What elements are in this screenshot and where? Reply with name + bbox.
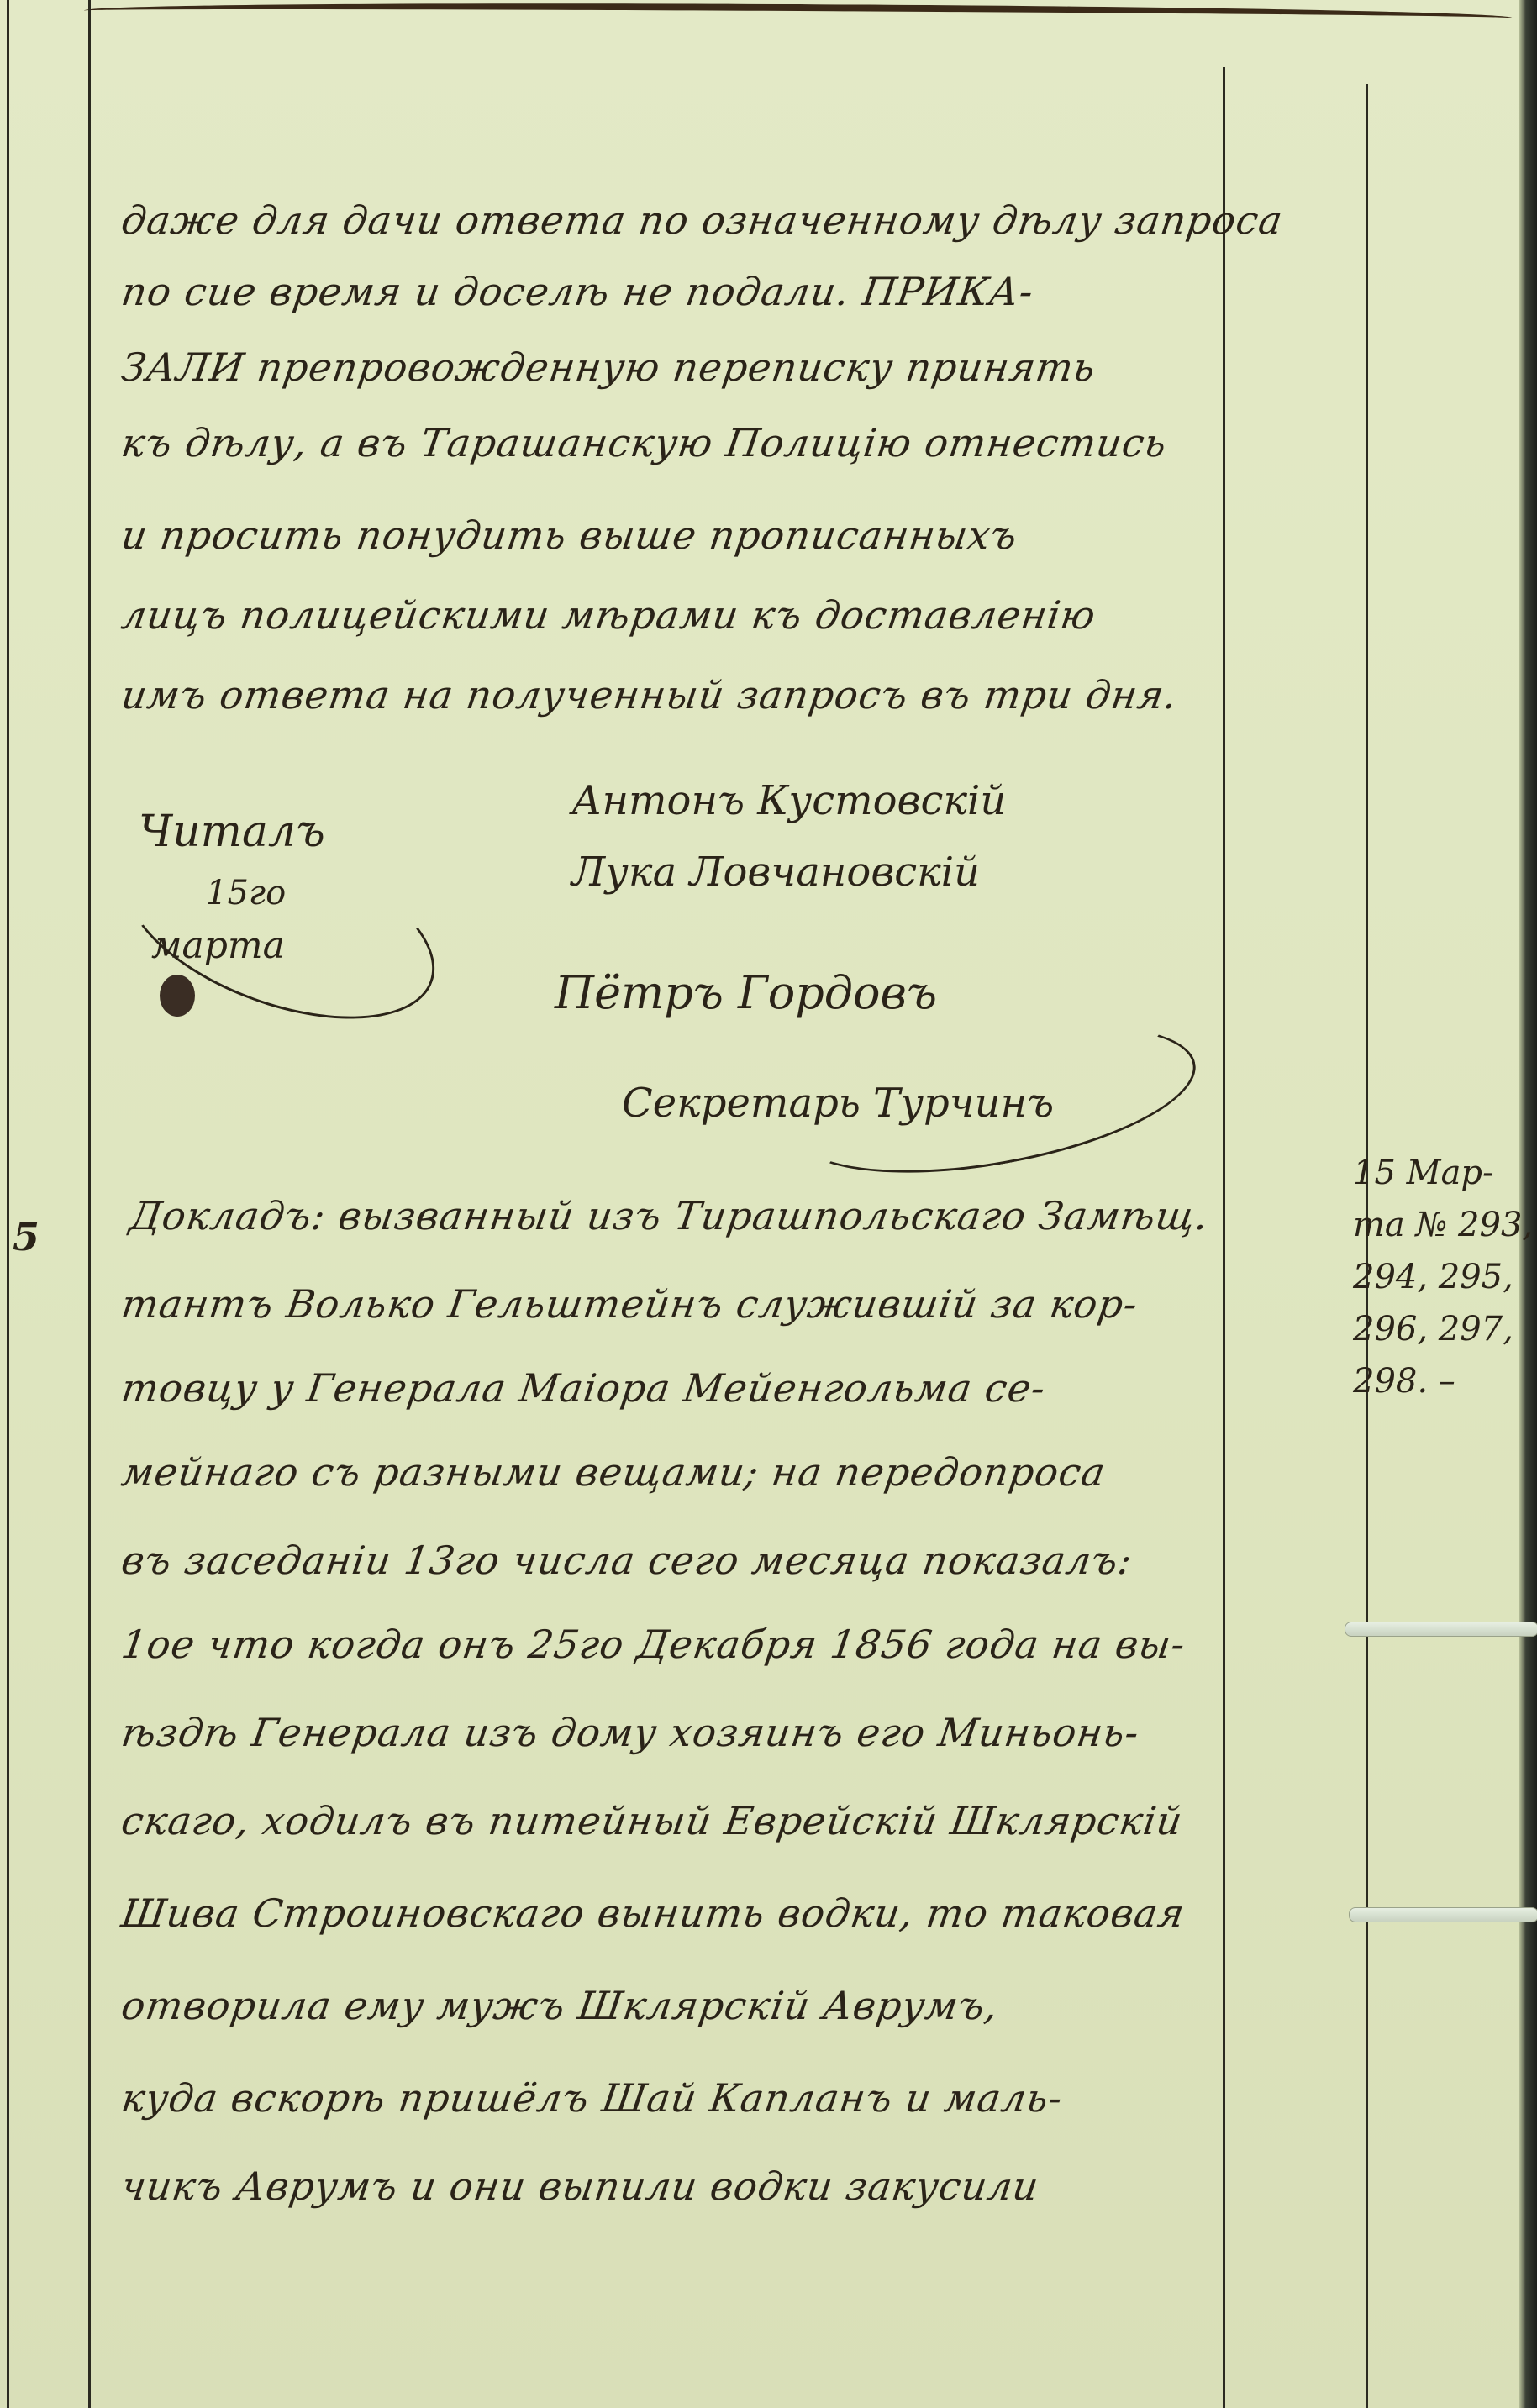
text-line: ѣздѣ Генерала изъ дому хозяинъ его Миньо… — [118, 1710, 1142, 1755]
text-line: даже для дачи ответа по означенному дѣлу… — [118, 197, 1286, 243]
text-line: мейнаго съ разными вещами; на передопрос… — [118, 1449, 1108, 1495]
margin-reference: 15 Мар- та № 293, 294, 295, 296, 297, 29… — [1353, 1147, 1533, 1407]
text-line: отворила ему мужъ Шклярскій Аврумъ, — [118, 1983, 1001, 2028]
text-line: чикъ Аврумъ и они выпили водки закусили — [118, 2164, 1042, 2209]
binding-string-lower — [1349, 1907, 1537, 1922]
margin-reference-line: та № 293, — [1353, 1199, 1533, 1251]
text-line: товцу у Генерала Маіора Мейенгольма се- — [118, 1365, 1049, 1411]
signature-flourish — [782, 999, 1207, 1199]
page-left-edge-line — [7, 0, 9, 2408]
signature: Пётръ Гордовъ — [555, 966, 937, 1019]
text-line: ЗАЛИ препровожденную переписку принять — [118, 344, 1098, 390]
text-line: Докладъ: вызванный изъ Тирашпольскаго За… — [127, 1193, 1212, 1238]
margin-reference-line: 298. – — [1353, 1355, 1533, 1407]
text-line: тантъ Волько Гельштейнъ служившій за кор… — [118, 1281, 1140, 1327]
margin-reference-line: 15 Мар- — [1353, 1147, 1533, 1199]
signature: Антонъ Кустовскій — [571, 777, 1006, 824]
content-right-border-line — [1223, 67, 1225, 2408]
text-line: по сие время и доселѣ не подали. ПРИКА- — [118, 269, 1036, 314]
margin-reference-line: 294, 295, — [1353, 1251, 1533, 1303]
text-line: къ дѣлу, а въ Тарашанскую Полицію отнест… — [118, 420, 1170, 465]
ink-blot — [160, 975, 195, 1017]
document-page: даже для дачи ответа по означенному дѣлу… — [0, 0, 1537, 2408]
left-margin-line — [88, 0, 91, 2408]
margin-reference-line: 296, 297, — [1353, 1303, 1533, 1355]
text-line: скаго, ходилъ въ питейный Еврейскій Шкля… — [118, 1798, 1186, 1843]
entry-number: 5 — [13, 1214, 39, 1259]
text-line: Шива Строиновскаго вынить водки, то тако… — [118, 1890, 1187, 1936]
text-line: въ заседаніи 13го числа сего месяца пока… — [118, 1538, 1135, 1583]
text-line: куда вскорѣ пришёлъ Шай Капланъ и маль- — [118, 2075, 1066, 2121]
text-line: и просить понудить выше прописанныхъ — [118, 513, 1020, 558]
binding-string-upper — [1345, 1622, 1537, 1637]
signature: Лука Ловчановскій — [571, 849, 980, 896]
text-line: лицъ полицейскими мѣрами къ доставленію — [118, 592, 1098, 638]
top-ruled-edge — [84, 1, 1513, 24]
text-line: 1ое что когда онъ 25го Декабря 1856 года… — [118, 1622, 1188, 1667]
text-line: имъ ответа на полученный запросъ въ три … — [118, 672, 1181, 718]
